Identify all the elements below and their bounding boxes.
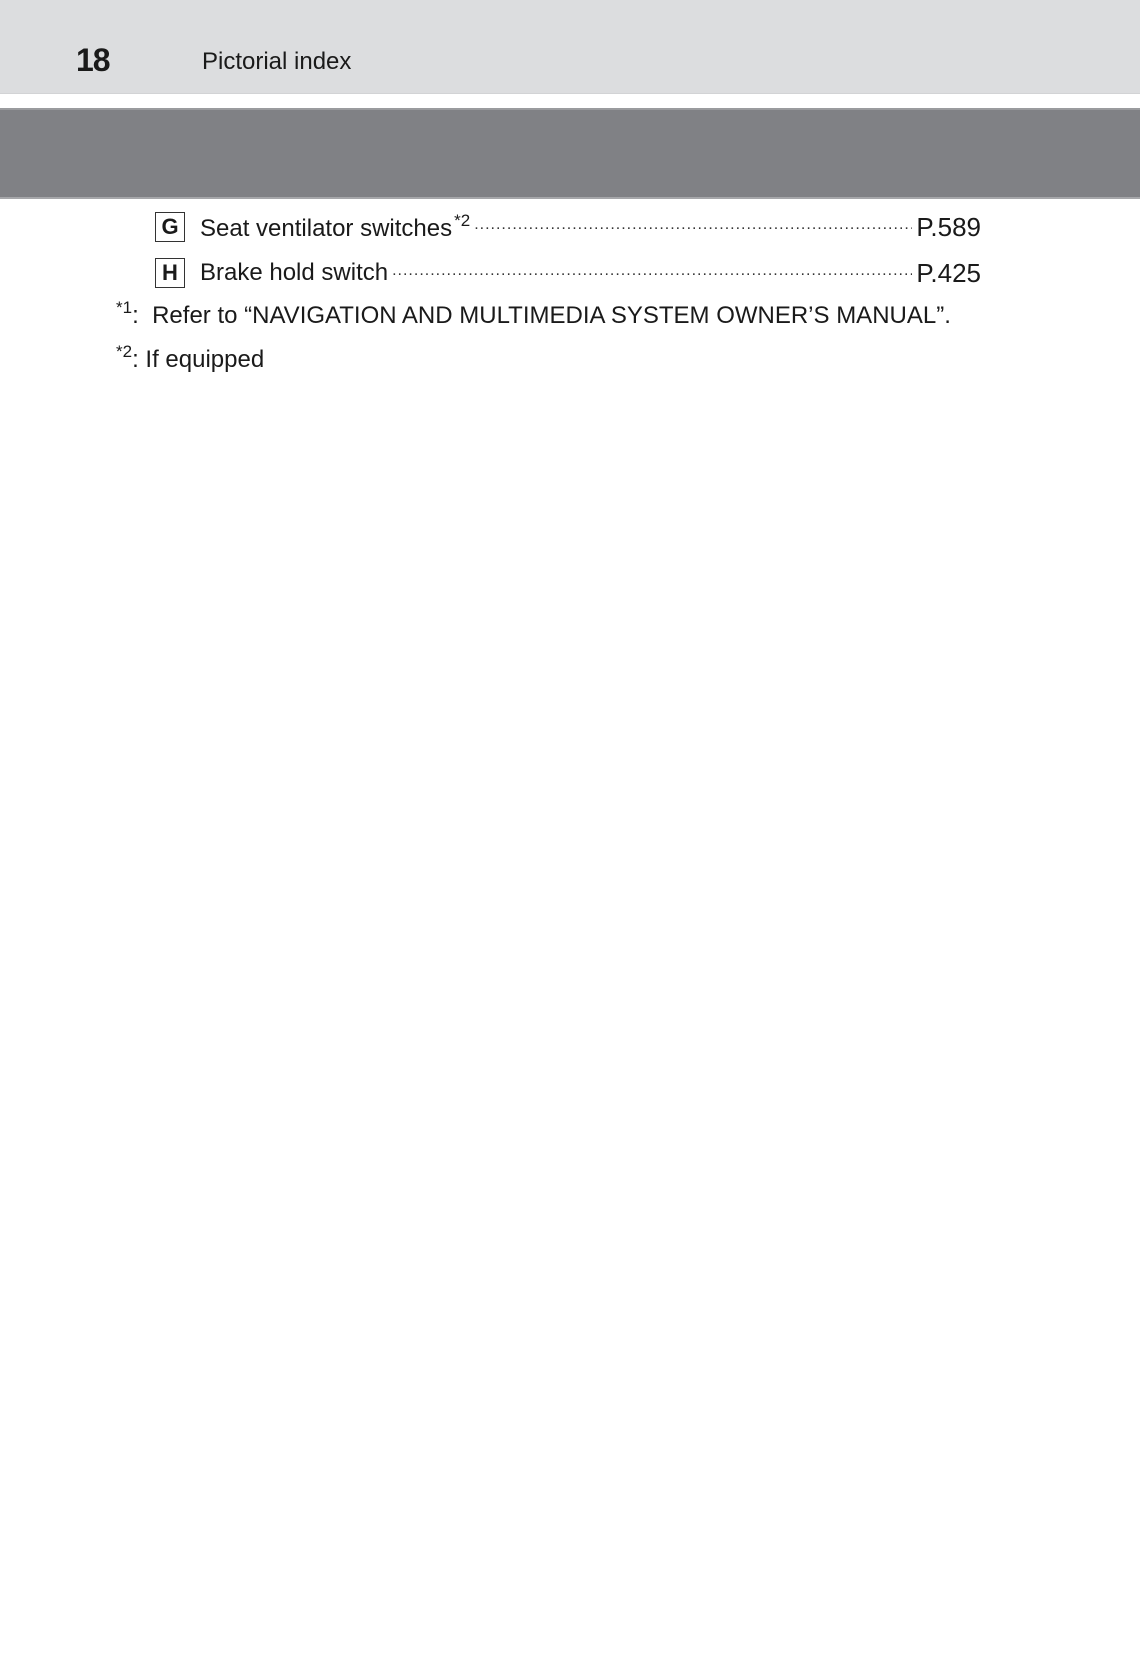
footnote-mark: *2 — [454, 211, 470, 230]
footnote-2: *2: If equipped — [116, 342, 264, 374]
section-title: Pictorial index — [202, 50, 351, 74]
footnote-mark: *2 — [116, 342, 132, 361]
footnote-text: Refer to “NAVIGATION AND MULTIMEDIA SYST… — [152, 302, 951, 329]
footnote-1: *1: Refer to “NAVIGATION AND MULTIMEDIA … — [116, 298, 951, 330]
entry-label: Brake hold switch — [200, 259, 388, 287]
footnote-text: If equipped — [145, 346, 264, 373]
section-band — [0, 108, 1140, 199]
page-header: 18 Pictorial index — [0, 0, 1140, 94]
letter-label: G — [155, 212, 185, 242]
entry-label: Seat ventilator switches*2 — [200, 211, 470, 243]
page-number: 18 — [76, 44, 110, 76]
leader-dots — [474, 216, 912, 240]
index-entry-g[interactable]: G Seat ventilator switches*2 P.589 — [155, 210, 981, 244]
leader-dots — [392, 262, 912, 286]
index-entry-h[interactable]: H Brake hold switch P.425 — [155, 256, 981, 290]
letter-label: H — [155, 258, 185, 288]
page-reference[interactable]: P.589 — [916, 212, 981, 243]
footnote-mark: *1 — [116, 298, 132, 317]
page-reference[interactable]: P.425 — [916, 258, 981, 289]
